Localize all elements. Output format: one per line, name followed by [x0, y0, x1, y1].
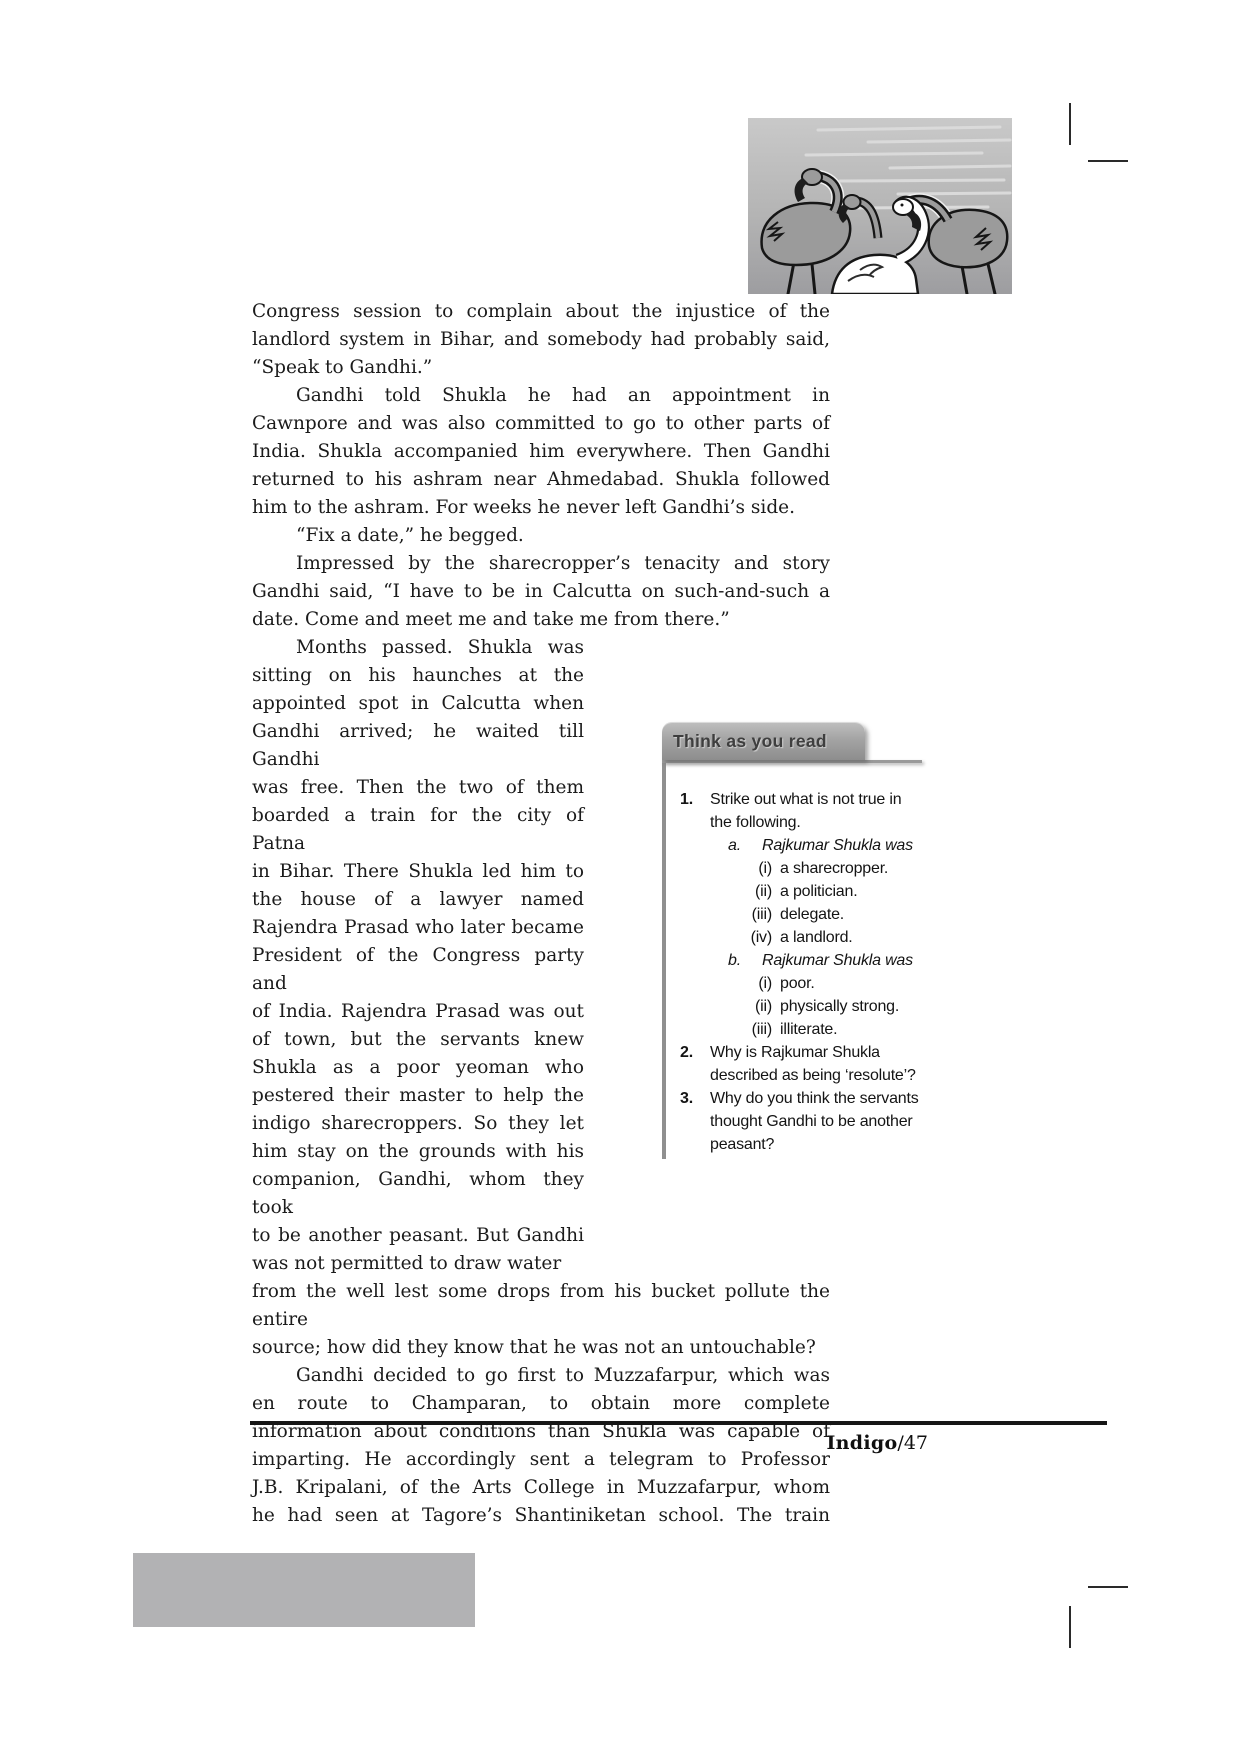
question-item: 1. Strike out what is not true in the fo…	[672, 788, 922, 834]
gray-placeholder-block	[133, 1553, 475, 1627]
text-line: from the well lest some drops from his b…	[252, 1278, 830, 1334]
paragraph-wrapped-beside-box: Months passed. Shukla wassitting on his …	[252, 634, 584, 1278]
think-box-left-bar	[662, 763, 666, 1159]
option-item: (i) poor.	[734, 972, 922, 995]
option-text: delegate.	[780, 903, 844, 926]
text-line: him to the ashram. For weeks he never le…	[252, 494, 830, 522]
question-item: 2. Why is Rajkumar Shukla described as b…	[672, 1041, 922, 1087]
think-box-title: Think as you read	[673, 731, 827, 752]
text-line: source; how did they know that he was no…	[252, 1334, 830, 1362]
text-line: the house of a lawyer named	[252, 886, 584, 914]
think-box-body: 1. Strike out what is not true in the fo…	[662, 763, 922, 1156]
option-numeral: (iv)	[734, 926, 780, 949]
text-line: date. Come and meet me and take me from …	[252, 606, 830, 634]
option-numeral: (ii)	[734, 995, 780, 1018]
book-page: Congress session to complain about the i…	[0, 0, 1240, 1754]
question-sub-item: b. Rajkumar Shukla was	[728, 949, 922, 972]
paragraph: Gandhi told Shukla he had an appointment…	[252, 382, 830, 522]
option-item: (iii) illiterate.	[734, 1018, 922, 1041]
option-numeral: (i)	[734, 857, 780, 880]
text-line: indigo sharecroppers. So they let	[252, 1110, 584, 1138]
text-line: was free. Then the two of them	[252, 774, 584, 802]
crop-mark-bottom-right-vertical	[1069, 1606, 1071, 1648]
text-line: Gandhi told Shukla he had an appointment…	[252, 382, 830, 410]
text-line: sitting on his haunches at the	[252, 662, 584, 690]
footer-page-number: /47	[897, 1432, 928, 1454]
text-line: landlord system in Bihar, and somebody h…	[252, 326, 830, 354]
text-line: Gandhi arrived; he waited till Gandhi	[252, 718, 584, 774]
text-line: pestered their master to help the	[252, 1082, 584, 1110]
text-line: Rajendra Prasad who later became	[252, 914, 584, 942]
option-item: (ii) a politician.	[734, 880, 922, 903]
text-line: returned to his ashram near Ahmedabad. S…	[252, 466, 830, 494]
question-text: Why is Rajkumar Shukla described as bein…	[710, 1041, 920, 1087]
paragraph: Congress session to complain about the i…	[252, 298, 830, 382]
text-line: companion, Gandhi, whom they took	[252, 1166, 584, 1222]
option-numeral: (iii)	[734, 903, 780, 926]
option-item: (iii) delegate.	[734, 903, 922, 926]
text-line: “Speak to Gandhi.”	[252, 354, 830, 382]
paragraph: from the well lest some drops from his b…	[252, 1278, 830, 1362]
text-line: of India. Rajendra Prasad was out	[252, 998, 584, 1026]
text-line: Months passed. Shukla was	[252, 634, 584, 662]
option-numeral: (ii)	[734, 880, 780, 903]
crop-mark-bottom-right-horizontal	[1088, 1586, 1128, 1588]
option-item: (ii) physically strong.	[734, 995, 922, 1018]
option-numeral: (i)	[734, 972, 780, 995]
question-sub-item: a. Rajkumar Shukla was	[728, 834, 922, 857]
text-line: of town, but the servants knew	[252, 1026, 584, 1054]
crop-mark-top-right-vertical	[1069, 103, 1071, 145]
option-text: poor.	[780, 972, 815, 995]
sub-item-letter: a.	[728, 834, 762, 857]
question-number: 2.	[680, 1041, 710, 1064]
option-text: physically strong.	[780, 995, 899, 1018]
question-item: 3. Why do you think the servants thought…	[672, 1087, 922, 1156]
text-line: appointed spot in Calcutta when	[252, 690, 584, 718]
flamingos-illustration-svg	[748, 118, 1012, 294]
option-numeral: (iii)	[734, 1018, 780, 1041]
think-as-you-read-box: Think as you read 1. Strike out what is …	[662, 722, 922, 1156]
text-line: President of the Congress party and	[252, 942, 584, 998]
option-text: a sharecropper.	[780, 857, 888, 880]
text-line: Gandhi decided to go first to Muzzafarpu…	[252, 1362, 830, 1390]
text-line: “Fix a date,” he begged.	[252, 522, 830, 550]
text-line: he had seen at Tagore’s Shantiniketan sc…	[252, 1502, 830, 1530]
option-text: a landlord.	[780, 926, 853, 949]
flamingos-illustration	[748, 118, 1012, 294]
footer: Indigo/47	[252, 1432, 928, 1454]
question-text: Why do you think the servants thought Ga…	[710, 1087, 920, 1156]
text-line: J.B. Kripalani, of the Arts College in M…	[252, 1474, 830, 1502]
text-line: in Bihar. There Shukla led him to	[252, 858, 584, 886]
footer-rule	[250, 1421, 1107, 1425]
text-line: Shukla as a poor yeoman who	[252, 1054, 584, 1082]
text-line: India. Shukla accompanied him everywhere…	[252, 438, 830, 466]
sub-item-letter: b.	[728, 949, 762, 972]
paragraph: Impressed by the sharecropper’s tenacity…	[252, 550, 830, 634]
paragraph: “Fix a date,” he begged.	[252, 522, 830, 550]
crop-mark-top-right-horizontal	[1088, 160, 1128, 162]
text-line: was not permitted to draw water	[252, 1250, 584, 1278]
sub-item-text: Rajkumar Shukla was	[762, 949, 913, 972]
text-line: Cawnpore and was also committed to go to…	[252, 410, 830, 438]
text-line: him stay on the grounds with his	[252, 1138, 584, 1166]
option-text: a politician.	[780, 880, 857, 903]
footer-book-title: Indigo	[826, 1432, 897, 1454]
option-item: (iv) a landlord.	[734, 926, 922, 949]
question-text: Strike out what is not true in the follo…	[710, 788, 920, 834]
question-number: 1.	[680, 788, 710, 811]
text-line: Congress session to complain about the i…	[252, 298, 830, 326]
think-box-tab: Think as you read	[662, 722, 865, 760]
text-line: boarded a train for the city of Patna	[252, 802, 584, 858]
text-line: to be another peasant. But Gandhi	[252, 1222, 584, 1250]
question-number: 3.	[680, 1087, 710, 1110]
text-line: en route to Champaran, to obtain more co…	[252, 1390, 830, 1418]
option-item: (i) a sharecropper.	[734, 857, 922, 880]
text-line: Impressed by the sharecropper’s tenacity…	[252, 550, 830, 578]
sub-item-text: Rajkumar Shukla was	[762, 834, 913, 857]
text-line: Gandhi said, “I have to be in Calcutta o…	[252, 578, 830, 606]
option-text: illiterate.	[780, 1018, 837, 1041]
